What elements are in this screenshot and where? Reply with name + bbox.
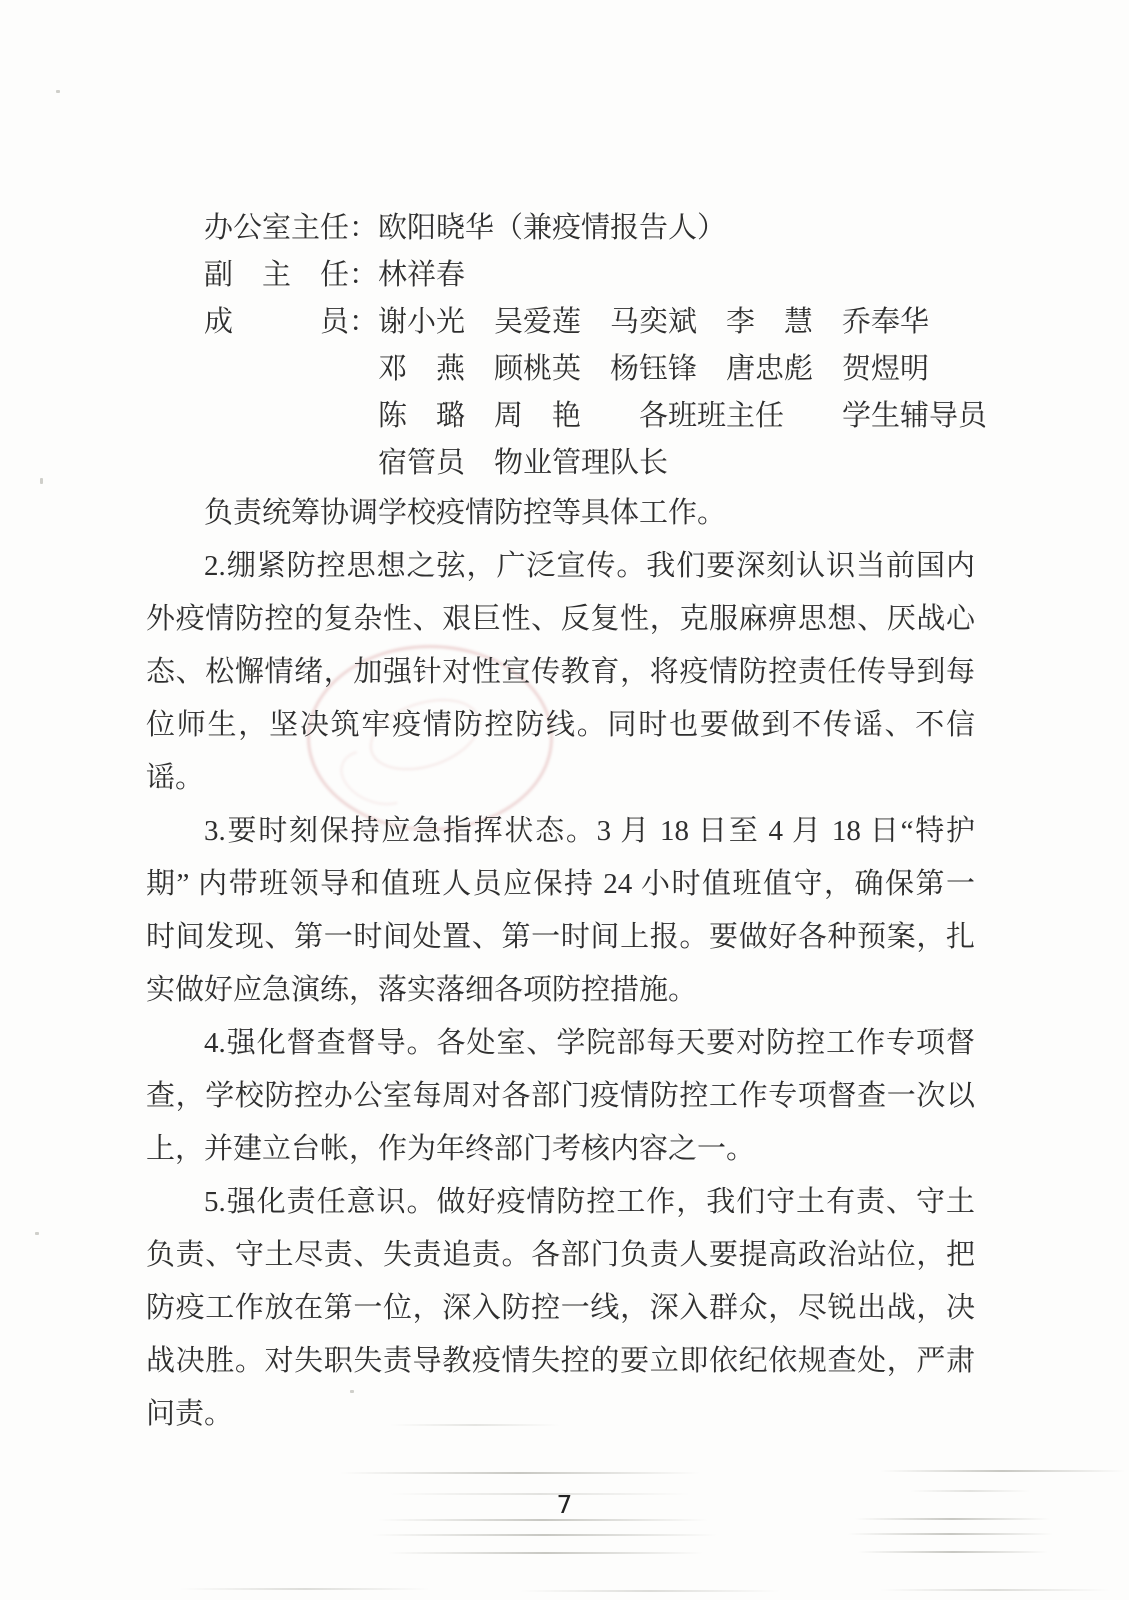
committee-roster: 办公室主任：欧阳晓华（兼疫情报告人） 副 主 任：林祥春 成 员：谢小光 吴爱莲… xyxy=(146,205,975,487)
text-line: 态、松懈情绪，加强针对性宣传教育，将疫情防控责任传导到每 xyxy=(146,646,975,699)
text-line: 负责、守土尽责、失责追责。各部门负责人要提高政治站位，把 xyxy=(146,1229,975,1282)
roster-value: 陈 璐 周 艳 各班班主任 学生辅导员 xyxy=(378,400,987,432)
scan-streak xyxy=(880,1589,1110,1591)
paragraph-3-emergency-command: 3.要时刻保持应急指挥状态。3 月 18 日至 4 月 18 日“特护 期” 内… xyxy=(146,805,975,1017)
text-line: 负责统筹协调学校疫情防控等具体工作。 xyxy=(146,487,975,540)
page-number: 7 xyxy=(0,1490,1129,1519)
scan-speck xyxy=(40,478,43,484)
scan-streak xyxy=(340,1472,700,1474)
roster-value: 邓 燕 顾桃英 杨钰锋 唐忠彪 贺煜明 xyxy=(378,353,929,385)
roster-value: 欧阳晓华（兼疫情报告人） xyxy=(378,212,726,244)
roster-value: 宿管员 物业管理队长 xyxy=(378,447,668,479)
scan-streak xyxy=(180,1588,430,1590)
text-line: 2.绷紧防控思想之弦，广泛宣传。我们要深刻认识当前国内 xyxy=(146,540,975,593)
roster-label: 副 主 任： xyxy=(204,252,378,299)
text-line: 查，学校防控办公室每周对各部门疫情防控工作专项督查一次以 xyxy=(146,1070,975,1123)
text-line: 3.要时刻保持应急指挥状态。3 月 18 日至 4 月 18 日“特护 xyxy=(146,805,975,858)
text-line: 实做好应急演练，落实落细各项防控措施。 xyxy=(146,964,975,1017)
text-line: 战决胜。对失职失责导教疫情失控的要立即依纪依规查处，严肃 xyxy=(146,1335,975,1388)
roster-row-members-cont: 邓 燕 顾桃英 杨钰锋 唐忠彪 贺煜明 xyxy=(146,346,975,393)
paragraph-2-publicity: 2.绷紧防控思想之弦，广泛宣传。我们要深刻认识当前国内 外疫情防控的复杂性、艰巨… xyxy=(146,540,975,805)
scan-streak xyxy=(880,1470,1125,1472)
scan-streak xyxy=(378,1519,708,1521)
text-line: 时间发现、第一时间处置、第一时间上报。要做好各种预案，扎 xyxy=(146,911,975,964)
roster-row-members-cont: 宿管员 物业管理队长 xyxy=(146,440,975,487)
scan-streak xyxy=(372,1534,717,1536)
roster-value: 谢小光 吴爱莲 马奕斌 李 慧 乔奉华 xyxy=(378,306,929,338)
scan-speck xyxy=(350,1390,354,1393)
scan-speck xyxy=(56,90,60,93)
paragraph-duty: 负责统筹协调学校疫情防控等具体工作。 xyxy=(146,487,975,540)
text-line: 5.强化责任意识。做好疫情防控工作，我们守土有责、守土 xyxy=(146,1176,975,1229)
document-body: 负责统筹协调学校疫情防控等具体工作。 2.绷紧防控思想之弦，广泛宣传。我们要深刻… xyxy=(146,487,975,1441)
roster-label: 办公室主任： xyxy=(204,205,378,252)
roster-row-members-cont: 陈 璐 周 艳 各班班主任 学生辅导员 xyxy=(146,393,975,440)
paragraph-5-responsibility: 5.强化责任意识。做好疫情防控工作，我们守土有责、守土 负责、守土尽责、失责追责… xyxy=(146,1176,975,1441)
paragraph-4-supervision: 4.强化督查督导。各处室、学院部每天要对防控工作专项督 查，学校防控办公室每周对… xyxy=(146,1017,975,1176)
roster-row-members: 成 员：谢小光 吴爱莲 马奕斌 李 慧 乔奉华 xyxy=(146,299,975,346)
text-line: 防疫工作放在第一位，深入防控一线，深入群众，尽锐出战，决 xyxy=(146,1282,975,1335)
scan-streak xyxy=(390,1424,560,1426)
text-line: 4.强化督查督导。各处室、学院部每天要对防控工作专项督 xyxy=(146,1017,975,1070)
text-line: 位师生，坚决筑牢疫情防控防线。同时也要做到不传谣、不信谣。 xyxy=(146,699,975,805)
roster-label: 成 员： xyxy=(204,299,378,346)
roster-row-deputy-director: 副 主 任：林祥春 xyxy=(146,252,975,299)
document-page: 办公室主任：欧阳晓华（兼疫情报告人） 副 主 任：林祥春 成 员：谢小光 吴爱莲… xyxy=(0,0,1129,1600)
text-line: 期” 内带班领导和值班人员应保持 24 小时值班值守，确保第一 xyxy=(146,858,975,911)
roster-row-office-director: 办公室主任：欧阳晓华（兼疫情报告人） xyxy=(146,205,975,252)
scan-streak xyxy=(388,1552,703,1554)
document-content: 办公室主任：欧阳晓华（兼疫情报告人） 副 主 任：林祥春 成 员：谢小光 吴爱莲… xyxy=(146,205,975,1441)
roster-value: 林祥春 xyxy=(378,259,465,291)
text-line: 问责。 xyxy=(146,1388,975,1441)
scan-streak xyxy=(520,1590,780,1592)
scan-streak xyxy=(858,1551,1048,1553)
scan-streak xyxy=(848,1533,1053,1535)
scan-speck xyxy=(35,1232,39,1235)
text-line: 上，并建立台帐，作为年终部门考核内容之一。 xyxy=(146,1123,975,1176)
text-line: 外疫情防控的复杂性、艰巨性、反复性，克服麻痹思想、厌战心 xyxy=(146,593,975,646)
